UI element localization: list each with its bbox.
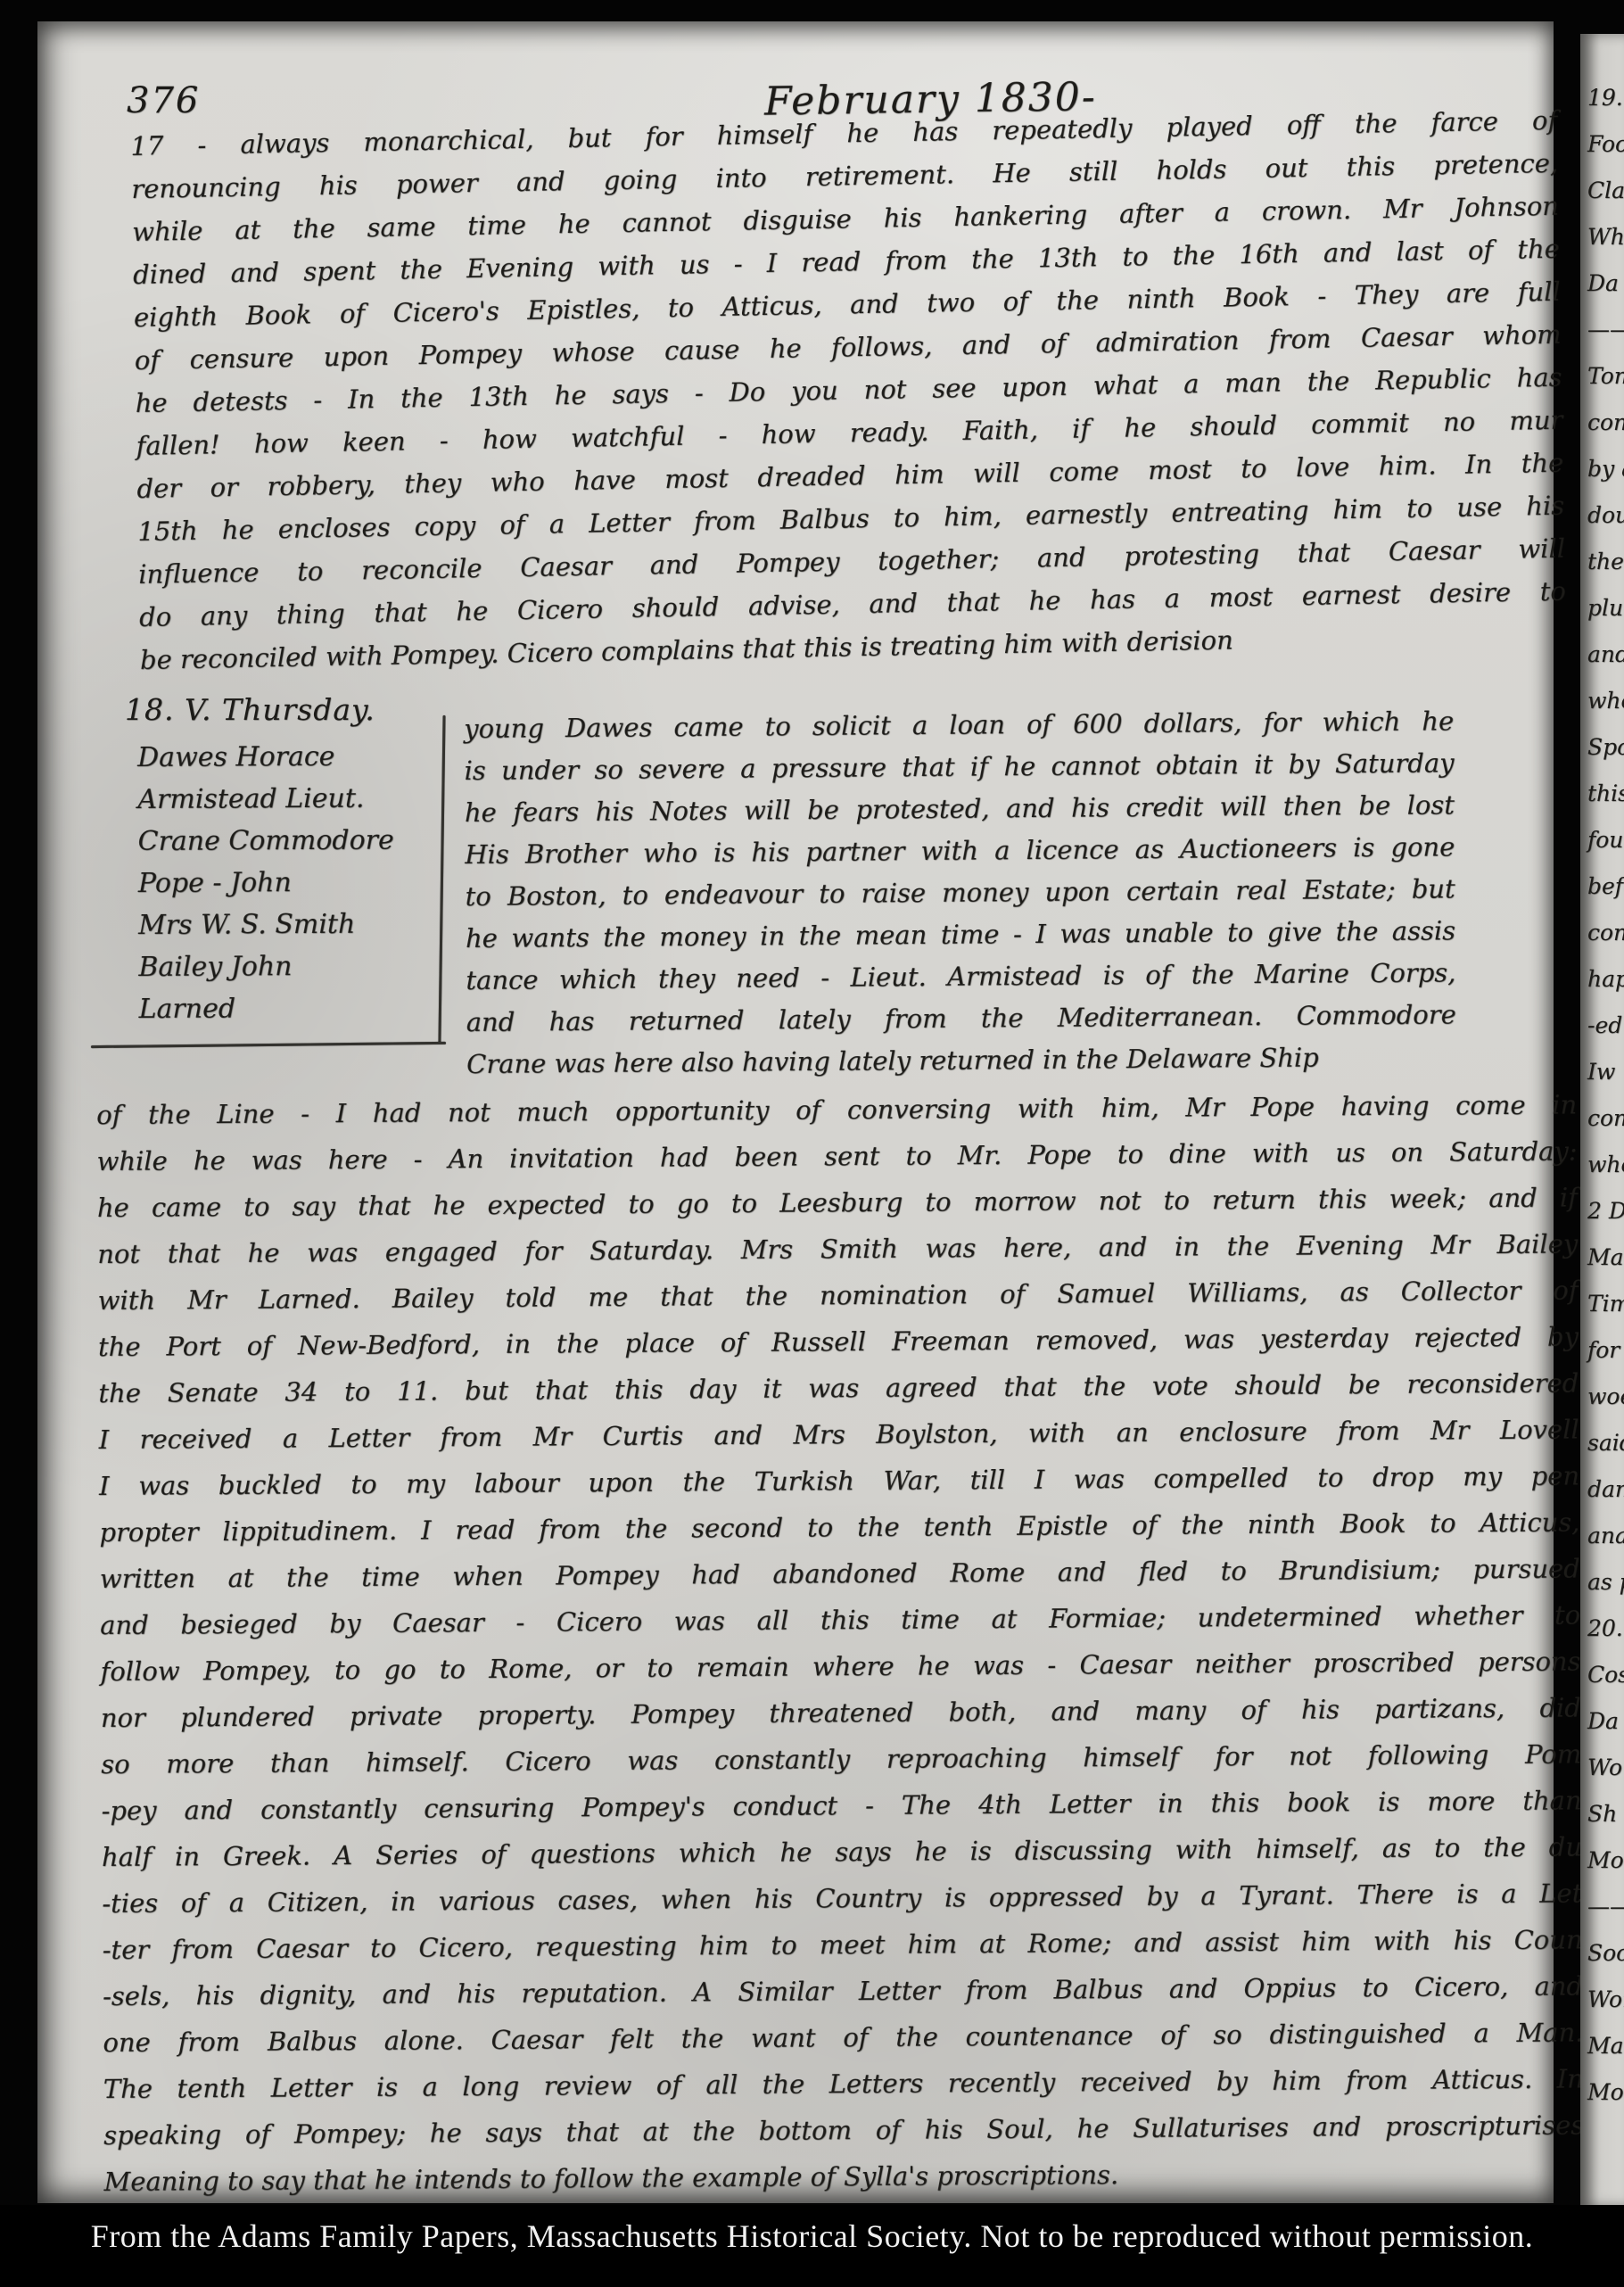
edge-fragment: hap bbox=[1587, 956, 1624, 1003]
adjacent-page-fragments: 19. IVFooClaWhDa——Toncontby adouthepluan… bbox=[1580, 34, 1624, 2116]
edge-fragment: Spo bbox=[1587, 724, 1624, 771]
edge-fragment: Wh bbox=[1587, 214, 1624, 260]
edge-fragment: 20. bbox=[1587, 1606, 1624, 1652]
edge-fragment: Ma bbox=[1587, 1234, 1624, 1281]
edge-fragment: 19. IV bbox=[1587, 75, 1624, 121]
edge-fragment: and bbox=[1587, 632, 1624, 678]
page-number: 376 bbox=[127, 80, 200, 121]
edge-fragment: as p bbox=[1587, 1559, 1624, 1606]
edge-fragment: this bbox=[1587, 771, 1624, 817]
edge-fragment: said bbox=[1587, 1420, 1624, 1466]
scanned-diary-page: 376 February 1830- 17 - always monarchic… bbox=[0, 0, 1624, 2287]
edge-fragment: the bbox=[1587, 539, 1624, 585]
edge-fragment: Cla bbox=[1587, 168, 1624, 214]
edge-fragment: befo bbox=[1587, 863, 1624, 910]
entry-18-heading: 18. V. Thursday. bbox=[125, 692, 375, 727]
edge-fragment: Wor bbox=[1587, 1977, 1624, 2023]
edge-fragment: —— bbox=[1587, 1884, 1624, 1930]
names-box-bottom-rule bbox=[91, 1042, 446, 1048]
edge-fragment: cont bbox=[1587, 400, 1624, 446]
manuscript-sheet: 376 February 1830- 17 - always monarchic… bbox=[37, 21, 1554, 2203]
visitor-name: Dawes Horace bbox=[137, 735, 432, 779]
edge-fragment: con bbox=[1587, 1095, 1624, 1142]
names-box-vertical-rule bbox=[438, 715, 445, 1044]
edge-fragment: ana bbox=[1587, 1513, 1624, 1559]
edge-fragment: Ma bbox=[1587, 2023, 1624, 2069]
edge-fragment: plu bbox=[1587, 585, 1624, 632]
edge-fragment: Cos bbox=[1587, 1652, 1624, 1698]
edge-fragment: Foo bbox=[1587, 121, 1624, 168]
edge-fragment: Iw bbox=[1587, 1049, 1624, 1095]
edge-fragment: Soci bbox=[1587, 1930, 1624, 1977]
edge-fragment: fou bbox=[1587, 817, 1624, 863]
visitor-name: Mrs W. S. Smith bbox=[138, 903, 433, 946]
entry-18-continuation: of the Line - I had not much opportunity… bbox=[96, 1081, 1585, 2205]
archive-banner: From the Adams Family Papers, Massachuse… bbox=[0, 2205, 1624, 2287]
edge-fragment: Da bbox=[1587, 260, 1624, 307]
adjacent-page-edge: 19. IVFooClaWhDa——Toncontby adouthepluan… bbox=[1580, 34, 1624, 2207]
entry-17-paragraph: 17 - always monarchical, but for himself… bbox=[130, 99, 1567, 681]
manuscript-line: Meaning to say that he intends to follow… bbox=[103, 2148, 1584, 2205]
edge-fragment: Ton bbox=[1587, 353, 1624, 400]
copyright-notice: From the Adams Family Papers, Massachuse… bbox=[0, 2217, 1624, 2255]
edge-fragment: woe bbox=[1587, 1374, 1624, 1420]
edge-fragment: Tim bbox=[1587, 1281, 1624, 1327]
visitor-name: Crane Commodore bbox=[137, 819, 432, 863]
edge-fragment: Sh bbox=[1587, 1791, 1624, 1837]
edge-fragment: 2 D bbox=[1587, 1188, 1624, 1234]
visitor-name: Pope - John bbox=[138, 861, 433, 904]
edge-fragment: whe bbox=[1587, 678, 1624, 724]
edge-fragment: dou bbox=[1587, 492, 1624, 539]
edge-fragment: dan bbox=[1587, 1466, 1624, 1513]
edge-fragment: Da bbox=[1587, 1698, 1624, 1745]
visitor-name: Armistead Lieut. bbox=[137, 777, 432, 821]
edge-fragment: for bbox=[1587, 1327, 1624, 1374]
edge-fragment: Wo bbox=[1587, 1745, 1624, 1791]
visitor-name: Bailey John bbox=[138, 945, 433, 988]
edge-fragment: conf bbox=[1587, 910, 1624, 956]
edge-fragment: —— bbox=[1587, 307, 1624, 353]
edge-fragment: by a bbox=[1587, 446, 1624, 492]
edge-fragment: Mo bbox=[1587, 1837, 1624, 1884]
edge-fragment: Mo bbox=[1587, 2069, 1624, 2116]
edge-fragment: whe bbox=[1587, 1142, 1624, 1188]
visitor-names-list: Dawes HoraceArmistead Lieut.Crane Commod… bbox=[137, 735, 433, 1030]
manuscript-line: Crane was here also having lately return… bbox=[466, 1036, 1456, 1086]
visitor-name: Larned bbox=[138, 987, 433, 1030]
edge-fragment: -ed bbox=[1587, 1003, 1624, 1049]
entry-18-body: young Dawes came to solicit a loan of 60… bbox=[464, 700, 1456, 1086]
